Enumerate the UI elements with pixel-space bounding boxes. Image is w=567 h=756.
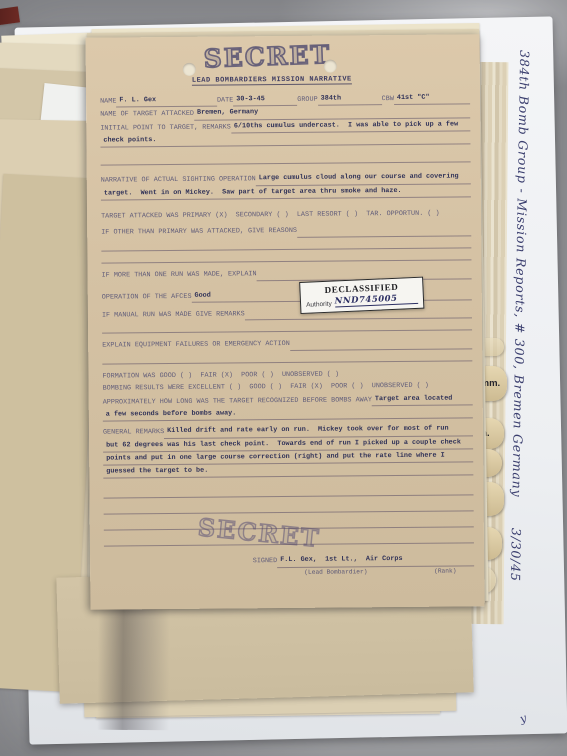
field-value: 384th: [318, 92, 382, 106]
mission-narrative-document: SECRET SECRET DECLASSIFIED Authority NND…: [86, 34, 485, 609]
field-label: IF MANUAL RUN WAS MADE GIVE REMARKS: [102, 308, 245, 322]
field-value: target. Went in on Mickey. Saw part of t…: [101, 184, 471, 201]
rule-line: [102, 360, 472, 364]
field-value: check points.: [100, 131, 470, 148]
field-value: a few seconds before bombs away.: [103, 405, 473, 422]
binder-cover-corner: [0, 6, 20, 25]
field-label: CBW: [382, 93, 394, 105]
field-label: GROUP: [297, 94, 318, 106]
field-value: 41st "C": [394, 91, 470, 105]
field-value: 30-3-45: [233, 93, 297, 107]
field-label: GENERAL REMARKS: [103, 426, 164, 439]
form-line: TARGET ATTACKED WAS PRIMARY (X) SECONDAR…: [101, 207, 471, 223]
form-body: LEAD BOMBARDIERS MISSION NARRATIVE NAME …: [86, 34, 485, 578]
field-label: NAME OF TARGET ATTACKED: [100, 108, 194, 121]
authority-number: NND745005: [334, 293, 418, 308]
field-label: IF MORE THAN ONE RUN WAS MADE, EXPLAIN: [102, 269, 257, 283]
field-value: guessed the target to be.: [103, 462, 473, 479]
rule-line: [102, 330, 472, 334]
sub-label: (Rank): [434, 566, 456, 575]
field-value: F. L. Gex: [116, 94, 217, 108]
field-label: INITIAL POINT TO TARGET, REMARKS: [100, 121, 231, 134]
field-label: SIGNED: [253, 555, 278, 568]
form-line: [103, 480, 473, 499]
form-line: target. Went in on Mickey. Saw part of t…: [101, 184, 471, 201]
form-line: [104, 512, 474, 531]
rule-line: [101, 260, 471, 264]
photo-background: Comm. Arm. S-2 Flak sc. 384th Bomb Group…: [0, 0, 567, 756]
form-line: [104, 496, 474, 515]
form-title: LEAD BOMBARDIERS MISSION NARRATIVE: [192, 75, 352, 85]
form-line: [104, 528, 474, 547]
checkbox-line: TARGET ATTACKED WAS PRIMARY (X) SECONDAR…: [101, 208, 440, 223]
form-line: check points.: [100, 131, 470, 148]
rule-line: [101, 162, 471, 166]
form-line: a few seconds before bombs away.: [103, 405, 473, 422]
field-label: IF OTHER THAN PRIMARY WAS ATTACKED, GIVE…: [101, 225, 297, 239]
declassified-sticker: DECLASSIFIED Authority NND745005: [299, 277, 424, 314]
form-line: guessed the target to be.: [103, 462, 473, 479]
sub-label: (Lead Bombardier): [304, 567, 367, 577]
field-label: OPERATION OF THE AFCES: [102, 290, 192, 303]
signature-sublabels: (Lead Bombardier) (Rank): [104, 566, 474, 578]
authority-label: Authority: [306, 301, 332, 309]
field-label: NAME: [100, 95, 116, 107]
field-value: Target area located: [372, 392, 473, 406]
field-label: EXPLAIN EQUIPMENT FAILURES OR EMERGENCY …: [102, 338, 290, 352]
rule-line: [104, 543, 474, 547]
field-label: DATE: [217, 94, 233, 106]
form-line: [101, 151, 471, 167]
